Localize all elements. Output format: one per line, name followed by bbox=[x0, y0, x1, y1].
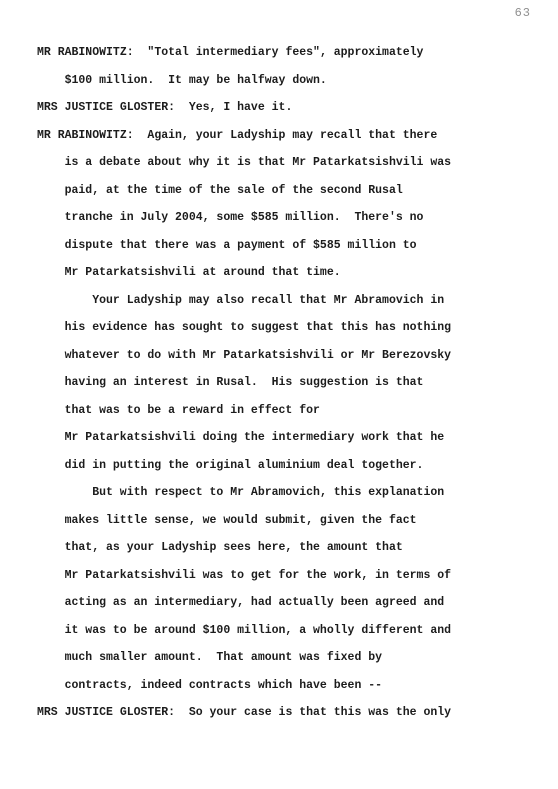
transcript-line: his evidence has sought to suggest that … bbox=[37, 314, 558, 342]
page-number: 63 bbox=[515, 6, 531, 20]
transcript-line: contracts, indeed contracts which have b… bbox=[37, 672, 558, 700]
transcript-line: is a debate about why it is that Mr Pata… bbox=[37, 149, 558, 177]
transcript-line: much smaller amount. That amount was fix… bbox=[37, 644, 558, 672]
transcript-line: makes little sense, we would submit, giv… bbox=[37, 507, 558, 535]
transcript-line: Mr Patarkatsishvili was to get for the w… bbox=[37, 562, 558, 590]
transcript-page: 63 MR RABINOWITZ: "Total intermediary fe… bbox=[0, 0, 558, 789]
transcript-line: MR RABINOWITZ: "Total intermediary fees"… bbox=[37, 39, 558, 67]
transcript-line: did in putting the original aluminium de… bbox=[37, 452, 558, 480]
transcript-line: acting as an intermediary, had actually … bbox=[37, 589, 558, 617]
transcript-line: Your Ladyship may also recall that Mr Ab… bbox=[37, 287, 558, 315]
transcript-line: that was to be a reward in effect for bbox=[37, 397, 558, 425]
transcript-body: MR RABINOWITZ: "Total intermediary fees"… bbox=[37, 39, 558, 727]
transcript-line: MR RABINOWITZ: Again, your Ladyship may … bbox=[37, 122, 558, 150]
transcript-line: But with respect to Mr Abramovich, this … bbox=[37, 479, 558, 507]
transcript-line: it was to be around $100 million, a whol… bbox=[37, 617, 558, 645]
transcript-line: MRS JUSTICE GLOSTER: So your case is tha… bbox=[37, 699, 558, 727]
transcript-line: paid, at the time of the sale of the sec… bbox=[37, 177, 558, 205]
transcript-line: dispute that there was a payment of $585… bbox=[37, 232, 558, 260]
transcript-line: whatever to do with Mr Patarkatsishvili … bbox=[37, 342, 558, 370]
transcript-line: Mr Patarkatsishvili doing the intermedia… bbox=[37, 424, 558, 452]
transcript-line: having an interest in Rusal. His suggest… bbox=[37, 369, 558, 397]
transcript-line: $100 million. It may be halfway down. bbox=[37, 67, 558, 95]
transcript-line: tranche in July 2004, some $585 million.… bbox=[37, 204, 558, 232]
transcript-line: MRS JUSTICE GLOSTER: Yes, I have it. bbox=[37, 94, 558, 122]
transcript-line: that, as your Ladyship sees here, the am… bbox=[37, 534, 558, 562]
transcript-line: Mr Patarkatsishvili at around that time. bbox=[37, 259, 558, 287]
